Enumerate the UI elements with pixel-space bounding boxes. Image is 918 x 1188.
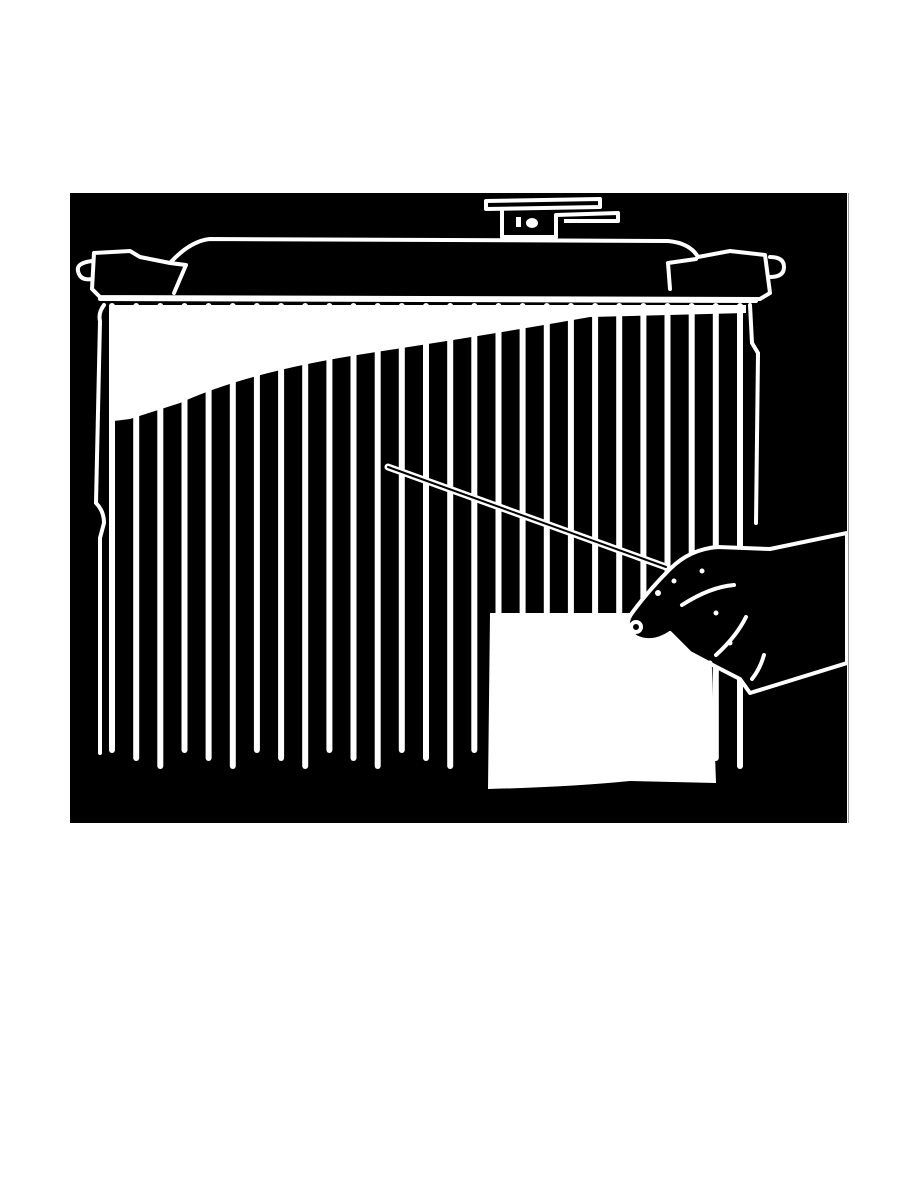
radiator-illustration (70, 193, 847, 823)
document-page (0, 0, 918, 1188)
scan-edge-line (848, 193, 849, 823)
radiator-line-art (70, 193, 847, 823)
